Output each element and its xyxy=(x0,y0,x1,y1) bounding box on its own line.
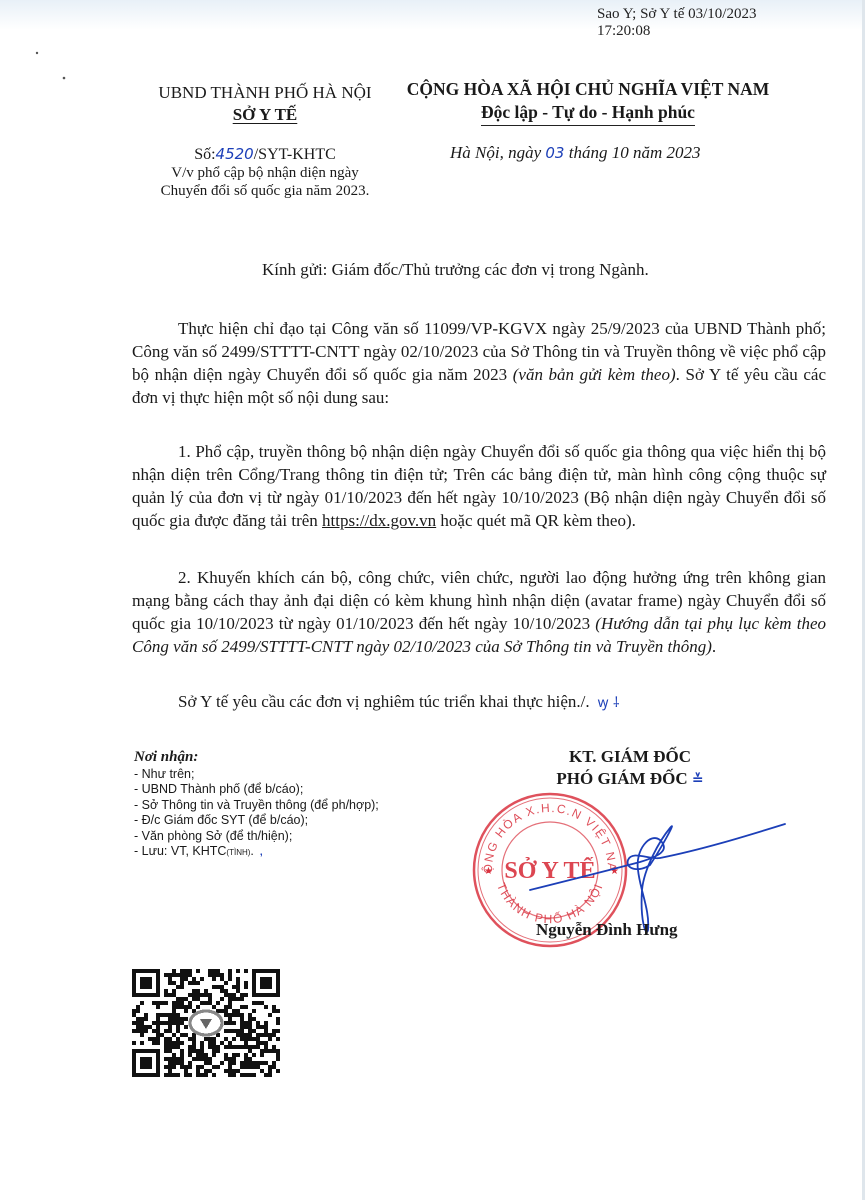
recipients-list: Nơi nhận: - Như trên; - UBND Thành phố (… xyxy=(134,750,379,861)
recipients-heading: Nơi nhận: xyxy=(134,750,379,766)
recipient-item: - Đ/c Giám đốc SYT (để b/cáo); xyxy=(134,813,379,829)
paragraph-intro: Thực hiện chỉ đạo tại Công văn số 11099/… xyxy=(132,317,826,409)
date-line: Hà Nội, ngày 03 tháng 10 năm 2023 xyxy=(450,143,700,163)
paragraph-item-1: 1. Phổ cập, truyền thông bộ nhận diện ng… xyxy=(132,440,826,532)
signer-title-line2: PHÓ GIÁM ĐỐC ≚ xyxy=(530,768,730,791)
scan-specks xyxy=(34,50,74,90)
recipient-item: - Sở Thông tin và Truyền thông (để ph/hợ… xyxy=(134,798,379,814)
recipient-item-archive: - Lưu: VT, KHTC(TÌNH)., xyxy=(134,844,379,861)
svg-text:★: ★ xyxy=(484,866,493,877)
salutation: Kính gửi: Giám đốc/Thủ trưởng các đơn vị… xyxy=(262,260,649,280)
recipient-item: - Như trên; xyxy=(134,767,379,783)
copy-stamp-time: 17:20:08 xyxy=(597,23,756,40)
national-header: CỘNG HÒA XÃ HỘI CHỦ NGHĨA VIỆT NAM Độc l… xyxy=(388,78,788,126)
national-motto: Độc lập - Tự do - Hạnh phúc xyxy=(481,101,695,126)
paragraph-item-2: 2. Khuyến khích cán bộ, công chức, viên … xyxy=(132,566,826,658)
handwritten-initials: ꝡ ⸸ xyxy=(598,695,620,711)
qr-code-icon[interactable]: QR code for dx.gov.vn xyxy=(132,968,280,1078)
recipient-item: - UBND Thành phố (để b/cáo); xyxy=(134,782,379,798)
issuing-organization: UBND THÀNH PHỐ HÀ NỘI SỞ Y TẾ xyxy=(120,82,410,126)
copy-certification-stamp: Sao Y; Sở Y tế 03/10/2023 17:20:08 xyxy=(597,6,756,40)
signer-title: KT. GIÁM ĐỐC PHÓ GIÁM ĐỐC ≚ xyxy=(530,746,730,791)
handwritten-number: 4520 xyxy=(216,145,254,163)
agency-name: SỞ Y TẾ xyxy=(120,104,410,126)
recipient-item: - Văn phòng Sở (để th/hiện); xyxy=(134,829,379,845)
signer-title-line1: KT. GIÁM ĐỐC xyxy=(530,746,730,768)
subject-line-2: Chuyển đổi số quốc gia năm 2023. xyxy=(120,182,410,200)
document-number: Số:4520/SYT-KHTC xyxy=(120,145,410,164)
handwritten-day: 03 xyxy=(545,144,564,162)
closing-statement: Sở Y tế yêu cầu các đơn vị nghiêm túc tr… xyxy=(178,692,620,712)
document-number-block: Số:4520/SYT-KHTC V/v phổ cập bộ nhận diệ… xyxy=(120,145,410,200)
parent-organization: UBND THÀNH PHỐ HÀ NỘI xyxy=(120,82,410,104)
subject-line-1: V/v phổ cập bộ nhận diện ngày xyxy=(120,164,410,182)
initial-check-mark: ≚ xyxy=(692,772,704,788)
dx-gov-link[interactable]: https://dx.gov.vn xyxy=(322,511,436,530)
copy-stamp-line1: Sao Y; Sở Y tế 03/10/2023 xyxy=(597,6,756,23)
nation-name: CỘNG HÒA XÃ HỘI CHỦ NGHĨA VIỆT NAM xyxy=(388,78,788,101)
signer-name: Nguyễn Đình Hưng xyxy=(536,920,678,940)
